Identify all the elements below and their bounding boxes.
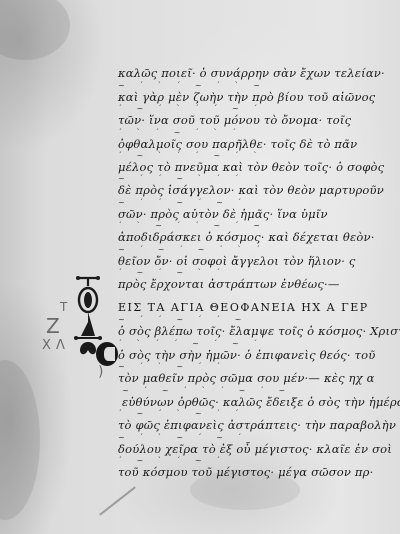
line-text: καὶ γὰρ μὲν ζωὴν τὴν πρὸ βίου τοῦ αἰῶνος	[118, 90, 375, 104]
accent-marks: ~ ´ ~ ´ ` ´ ~ ´ ~	[122, 386, 291, 395]
accent-marks: ´ ~ ´ ` ´ ´ ~ ´	[118, 104, 263, 113]
line-text: σῶν· πρὸς αὐτὸν δὲ ἡμᾶς· ἵνα ὑμῖν	[118, 207, 328, 221]
manuscript-text-block: καλῶς ποιεῖ· ὁ συνάρρην σὰν ἔχων τελείαν…	[0, 0, 400, 534]
text-line: ´ ` ~ ´ ´ ~ ´ ~ἀποδιδράσκει ὁ κόσμος· κα…	[118, 230, 375, 244]
line-text: τῶν· ἵνα σοῦ τοῦ μόνου τὸ ὄνομα· τοῖς	[118, 113, 351, 127]
text-line: καλῶς ποιεῖ· ὁ συνάρρην σὰν ἔχων τελείαν…	[118, 66, 385, 80]
text-line: ´ ~ ` ´ ´ ~ ´ `μέλος τὸ πνεῦμα καὶ τὸν θ…	[118, 160, 384, 174]
accent-marks: ´ ~ ´ ` ~ ´ ´	[118, 409, 245, 418]
accent-marks: ~ ´ ´ ~ ` ´ ´	[118, 174, 245, 183]
accent-marks: ´ ` ´ ~ ´ ` ´	[118, 128, 242, 137]
accent-marks: ~ ´ ` ~ ´ ´	[118, 362, 226, 371]
accent-marks: ´ ~ ` ´ ´ ~ ´ `	[118, 151, 263, 160]
line-text: θεῖον ὄν· οἱ σοφοὶ ἄγγελοι τὸν ἥλιον· ς	[118, 254, 356, 268]
accent-marks: ~ ´ ´ ~ ´ ´ ~	[118, 315, 247, 324]
accent-marks: ´ ~ ´ ~ ` ´	[118, 268, 226, 277]
accent-marks: ~ ´ ~ ´ ~ ´ ` ´	[118, 245, 266, 254]
line-text: πρὸς ἔρχονται ἀστράπτων ἐνθέως·—	[118, 277, 340, 291]
text-line: ~ ´ ` ~ ´ ´τὸν μαθεῖν πρὸς σῶμα σου μέν·…	[118, 371, 375, 385]
accent-marks: ~ ´ ` ´ ~ ´ ` ~	[118, 81, 266, 90]
text-line: ~ ´ ´ ~ ´ ~ ´σῶν· πρὸς αὐτὸν δὲ ἡμᾶς· ἵν…	[118, 207, 328, 221]
line-text: καλῶς ποιεῖ· ὁ συνάρρην σὰν ἔχων τελείαν…	[118, 66, 385, 80]
accent-marks: ´ ` ~ ´ ´ ~ ´ ~	[118, 221, 266, 230]
text-line: ~ ´ ` ~ ´ ~ ´δούλου χεῖρα τὸ ἐξ οὗ μέγισ…	[118, 442, 392, 456]
line-text: δὲ πρὸς ἰσάγγελον· καὶ τὸν θεὸν μαρτυροῦ…	[118, 183, 384, 197]
accent-marks: ~ ´ ´ ~ ´ ~ ´	[118, 198, 247, 207]
text-line: ´ ~ ´ ` ~ ´ ´τὸ φῶς ἐπιφανεὶς ἀστράπτεις…	[118, 418, 400, 432]
text-line: ´ ` ´ ~ ´ ` ´ὀφθαλμοῖς σου παρῆλθε· τοῖς…	[118, 137, 357, 151]
line-text: τοῦ κόσμου τοῦ μέγιστος· μέγα σῶσον πρ·	[118, 465, 374, 479]
line-text: ὀφθαλμοῖς σου παρῆλθε· τοῖς δὲ τὸ πᾶν	[118, 137, 357, 151]
text-line: ´ ` ´ ´ ~ ´ ~ ´ὁ σὸς τὴν σὴν ἡμῶν· ὁ ἐπι…	[118, 348, 375, 362]
text-line: ~ ´ ´ ~ ´ ´ ~ὁ σὸς βλέπω τοῖς· ἔλαμψε το…	[118, 324, 400, 338]
line-text: τὸν μαθεῖν πρὸς σῶμα σου μέν·— κὲς ηχ α	[118, 371, 375, 385]
accent-marks: ´ ~ ` ´ ~ ´	[118, 456, 226, 465]
text-line: ~ ´ ` ´ ~ ´ ` ~καὶ γὰρ μὲν ζωὴν τὴν πρὸ …	[118, 90, 375, 104]
text-line: ´ ~ ` ´ ~ ´τοῦ κόσμου τοῦ μέγιστος· μέγα…	[118, 465, 374, 479]
line-text: εὐθύνων ὀρθῶς· καλῶς ἔδειξε ὁ σὸς τὴν ἡμ…	[122, 395, 400, 409]
section-title-line: ΕΙΣ ΤΑ ΑΓΙΑ ΘΕΟΦΑΝΕΙΑ ΗΧ Α ΓΕΡ	[118, 301, 369, 314]
text-line: ´ ~ ´ ~ ` ´πρὸς ἔρχονται ἀστράπτων ἐνθέω…	[118, 277, 340, 291]
line-text: μέλος τὸ πνεῦμα καὶ τὸν θεὸν τοῖς· ὁ σοφ…	[118, 160, 384, 174]
accent-marks: ~ ´ ` ~ ´ ~ ´	[118, 433, 247, 442]
line-text: δούλου χεῖρα τὸ ἐξ οὗ μέγιστος· κλαῖε ἐν…	[118, 442, 392, 456]
margin-annotation: Τ Ζ Χ Λ )	[40, 300, 100, 380]
text-line: ~ ´ ´ ~ ` ´ ´δὲ πρὸς ἰσάγγελον· καὶ τὸν …	[118, 183, 384, 197]
manuscript-page: καλῶς ποιεῖ· ὁ συνάρρην σὰν ἔχων τελείαν…	[0, 0, 400, 534]
line-text: ἀποδιδράσκει ὁ κόσμος· καὶ δέχεται θεὸν·	[118, 230, 375, 244]
text-line: ~ ´ ~ ´ ~ ´ ` ´θεῖον ὄν· οἱ σοφοὶ ἄγγελο…	[118, 254, 356, 268]
text-line: ~ ´ ~ ´ ` ´ ~ ´ ~εὐθύνων ὀρθῶς· καλῶς ἔδ…	[122, 395, 400, 409]
section-title: ΕΙΣ ΤΑ ΑΓΙΑ ΘΕΟΦΑΝΕΙΑ ΗΧ Α ΓΕΡ	[118, 301, 369, 314]
line-text: ὁ σὸς βλέπω τοῖς· ἔλαμψε τοῖς ὁ κόσμος· …	[118, 324, 400, 338]
line-text: ὁ σὸς τὴν σὴν ἡμῶν· ὁ ἐπιφανεὶς θεός· το…	[118, 348, 375, 362]
line-text: τὸ φῶς ἐπιφανεὶς ἀστράπτεις· τὴν παραβολ…	[118, 418, 400, 432]
accent-marks: ´ ` ´ ´ ~ ´ ~ ´	[118, 339, 263, 348]
text-line: ´ ~ ´ ` ´ ´ ~ ´τῶν· ἵνα σοῦ τοῦ μόνου τὸ…	[118, 113, 351, 127]
